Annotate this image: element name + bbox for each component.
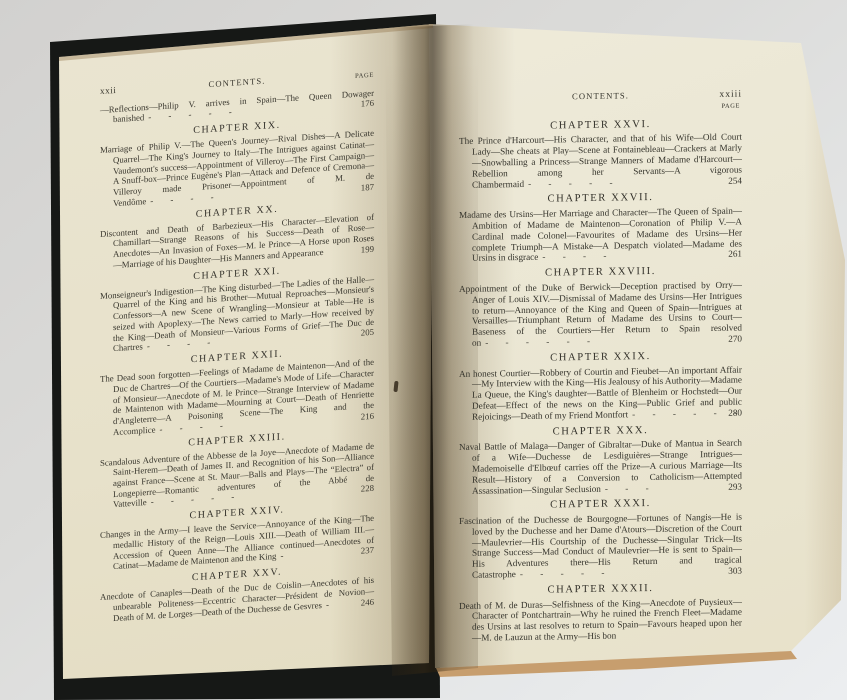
dot-leader: - - - - - -: [628, 407, 737, 419]
book-photo: xxii CONTENTS. PAGE —Reflections—Philip …: [0, 0, 847, 700]
dot-leader: - - - - -: [524, 177, 613, 188]
entry-page-number: 187: [370, 182, 374, 193]
entry-page-number: 261: [737, 249, 742, 260]
entry-text: Death of M. de Duras—Selfishness of the …: [459, 596, 742, 643]
contents-entry: CHAPTER XX. Discontent and Death of Barb…: [100, 198, 374, 271]
dot-leader: -: [276, 551, 283, 561]
entry-page-number: 280: [737, 407, 742, 418]
chapter-heading: CHAPTER XXX.: [459, 424, 742, 439]
contents-entry: CHAPTER XXXII. Death of M. de Duras—Self…: [459, 582, 742, 643]
dot-leader: - - - -: [538, 251, 606, 262]
contents-entry: CHAPTER XXX. Naval Battle of Malaga—Dang…: [459, 424, 742, 496]
dot-leader: -: [322, 599, 329, 609]
right-folio: xxiii: [656, 90, 742, 102]
chapter-heading: CHAPTER XXVIII.: [459, 266, 742, 281]
entry-page-number: 270: [737, 333, 742, 344]
dot-leader: - - - - -: [516, 568, 605, 579]
entry-page-number: 293: [737, 481, 742, 492]
dot-leader: - - -: [601, 483, 649, 494]
entry-page-number: 176: [370, 98, 374, 109]
contents-entry: CHAPTER XXIX. An honest Courtier—Robbery…: [459, 350, 742, 422]
left-page-column-label: PAGE: [291, 71, 374, 87]
dot-leader: [324, 247, 328, 257]
contents-entry: CHAPTER XXIII. Scandalous Adventure of t…: [100, 427, 374, 511]
contents-entry: CHAPTER XXIV. Changes in the Army—I leav…: [100, 500, 374, 573]
chapter-heading: CHAPTER XXVI.: [459, 118, 742, 133]
contents-entry: CHAPTER XXXI. Fascination of the Duchess…: [459, 498, 742, 581]
entry-page-number: 237: [370, 545, 374, 556]
contents-entry: CHAPTER XIX. Marriage of Philip V.—The Q…: [100, 115, 374, 210]
chapter-heading: CHAPTER XXXII.: [459, 582, 742, 597]
right-running-head: CONTENTS.: [545, 90, 656, 103]
contents-entry: CHAPTER XXII. The Dead soon forgotten—Fe…: [100, 344, 374, 439]
right-page-text: CONTENTS. xxiii PAGE CHAPTER XXVI. The P…: [459, 89, 742, 644]
entry-page-number: 216: [370, 410, 374, 421]
contents-entry: CHAPTER XXVII. Madame des Ursins—Her Mar…: [459, 192, 742, 264]
entry-page-number: 303: [737, 566, 742, 577]
entry-page-number: 254: [737, 175, 742, 186]
entry-page-number: 205: [370, 327, 374, 338]
chapter-heading: CHAPTER XXIX.: [459, 350, 742, 365]
chapter-heading: CHAPTER XXVII.: [459, 192, 742, 207]
entry-page-number: 228: [370, 483, 374, 494]
contents-entry: CHAPTER XXI. Monseigneur's Indigestion—T…: [100, 260, 374, 355]
dot-leader: - - - - - -: [481, 336, 590, 348]
entry-page-number: 199: [370, 244, 374, 255]
dot-leader: [616, 631, 620, 641]
entry-page-number: 246: [370, 596, 374, 607]
right-header-spacer: [459, 100, 545, 101]
contents-entry: CHAPTER XXVI. The Prince d'Harcourt—His …: [459, 118, 742, 190]
contents-entry: CHAPTER XXVIII. Appointment of the Duke …: [459, 266, 742, 349]
chapter-heading: CHAPTER XXXI.: [459, 498, 742, 513]
left-page-text: xxii CONTENTS. PAGE —Reflections—Philip …: [100, 69, 374, 625]
